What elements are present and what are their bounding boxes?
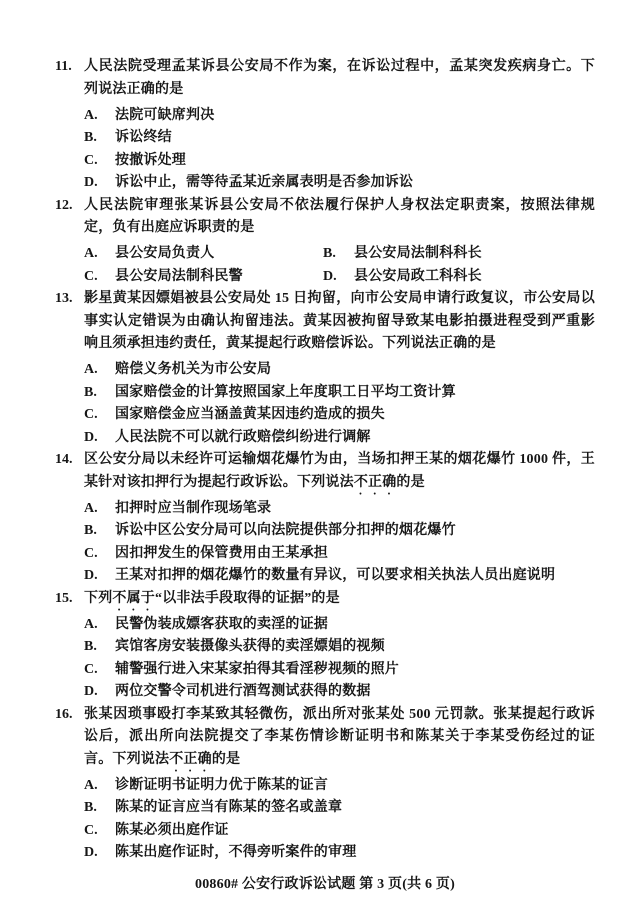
- option-label: B.: [323, 243, 354, 266]
- option-label: D.: [84, 427, 115, 450]
- option-text: 陈某出庭作证时，不得旁听案件的审理: [115, 842, 595, 865]
- question-11: 11. 人民法院受理孟某诉县公安局不作为案，在诉讼过程中，孟某突发疾病身亡。下列…: [55, 56, 595, 195]
- option-text: 民警伪装成嫖客获取的卖淫的证据: [115, 614, 595, 637]
- question-number: 12.: [55, 195, 84, 218]
- option-label: D.: [84, 681, 115, 704]
- option-label: B.: [84, 797, 115, 820]
- option-row: A.民警伪装成嫖客获取的卖淫的证据: [84, 614, 595, 637]
- page-footer: 00860# 公安行政诉讼试题 第 3 页(共 6 页): [55, 874, 595, 897]
- option-text: 县公安局法制科民警: [115, 266, 323, 289]
- option-row: C.因扣押发生的保管费用由王某承担: [84, 543, 595, 566]
- option-text: 按撤诉处理: [115, 150, 595, 173]
- option-text: 因扣押发生的保管费用由王某承担: [115, 543, 595, 566]
- option-label: C.: [84, 543, 115, 566]
- question-body: 下列不属于“以非法手段取得的证据”的是 A.民警伪装成嫖客获取的卖淫的证据 B.…: [84, 588, 595, 704]
- options-list: A.县公安局负责人 B.县公安局法制科科长 C.县公安局法制科民警 D.县公安局…: [84, 243, 595, 288]
- stem-text: 的是: [212, 752, 240, 767]
- option-text: 辅警强行进入宋某家拍得其看淫秽视频的照片: [115, 659, 595, 682]
- option-text: 人民法院不可以就行政赔偿纠纷进行调解: [115, 427, 595, 450]
- stem-text: 影星黄某因嫖娼被县公安局处 15 日拘留，向市公安局申请行政复议，市公安局以事实…: [84, 291, 595, 351]
- question-number: 13.: [55, 288, 84, 311]
- option-row: D.县公安局政工科科长: [323, 266, 595, 289]
- option-label: A.: [84, 614, 115, 637]
- option-text: 陈某的证言应当有陈某的签名或盖章: [115, 797, 595, 820]
- question-stem: 影星黄某因嫖娼被县公安局处 15 日拘留，向市公安局申请行政复议，市公安局以事实…: [84, 288, 595, 359]
- option-row: B.县公安局法制科科长: [323, 243, 595, 266]
- option-row: B.国家赔偿金的计算按照国家上年度职工日平均工资计算: [84, 382, 595, 405]
- option-text: 诉讼中止，需等待孟某近亲属表明是否参加诉讼: [115, 172, 595, 195]
- stem-text: 下列: [84, 591, 112, 606]
- option-label: D.: [84, 172, 115, 195]
- option-row: B.诉讼终结: [84, 127, 595, 150]
- stem-emphasized-text: 不属于: [112, 591, 155, 606]
- question-stem: 下列不属于“以非法手段取得的证据”的是: [84, 588, 595, 614]
- option-row: A.赔偿义务机关为市公安局: [84, 359, 595, 382]
- option-label: C.: [84, 266, 115, 289]
- option-text: 县公安局负责人: [115, 243, 323, 266]
- option-row: C.县公安局法制科民警: [84, 266, 323, 289]
- question-number: 14.: [55, 449, 84, 472]
- option-row: D.王某对扣押的烟花爆竹的数量有异议，可以要求相关执法人员出庭说明: [84, 565, 595, 588]
- stem-text: “以非法手段取得的证据”的是: [155, 591, 340, 606]
- option-text: 王某对扣押的烟花爆竹的数量有异议，可以要求相关执法人员出庭说明: [115, 565, 595, 588]
- option-label: A.: [84, 498, 115, 521]
- option-text: 县公安局政工科科长: [354, 266, 595, 289]
- option-text: 诉讼中区公安分局可以向法院提供部分扣押的烟花爆竹: [115, 520, 595, 543]
- stem-emphasized-text: 不正确: [169, 752, 212, 767]
- option-row: B.陈某的证言应当有陈某的签名或盖章: [84, 797, 595, 820]
- question-number: 11.: [55, 56, 84, 79]
- option-text: 县公安局法制科科长: [354, 243, 595, 266]
- question-14: 14. 区公安分局以未经许可运输烟花爆竹为由，当场扣押王某的烟花爆竹 1000 …: [55, 449, 595, 588]
- option-text: 陈某必须出庭作证: [115, 820, 595, 843]
- question-16: 16. 张某因琐事殴打李某致其轻微伤，派出所对张某处 500 元罚款。张某提起行…: [55, 704, 595, 865]
- option-label: B.: [84, 127, 115, 150]
- question-stem: 人民法院审理张某诉县公安局不依法履行保护人身权法定职责案，按照法律规定，负有出庭…: [84, 195, 595, 244]
- option-label: A.: [84, 243, 115, 266]
- option-row: C.国家赔偿金应当涵盖黄某因违约造成的损失: [84, 404, 595, 427]
- option-row: A.诊断证明书证明力优于陈某的证言: [84, 775, 595, 798]
- question-number: 15.: [55, 588, 84, 611]
- stem-text: 区公安分局以未经许可运输烟花爆竹为由，当场扣押王某的烟花爆竹 1000 件，王某…: [84, 452, 595, 490]
- option-row: A.扣押时应当制作现场笔录: [84, 498, 595, 521]
- option-label: C.: [84, 659, 115, 682]
- option-label: A.: [84, 359, 115, 382]
- question-body: 张某因琐事殴打李某致其轻微伤，派出所对张某处 500 元罚款。张某提起行政诉讼后…: [84, 704, 595, 865]
- option-text: 宾馆客房安装摄像头获得的卖淫嫖娼的视频: [115, 636, 595, 659]
- options-list: A.法院可缺席判决 B.诉讼终结 C.按撤诉处理 D.诉讼中止，需等待孟某近亲属…: [84, 105, 595, 195]
- option-label: B.: [84, 382, 115, 405]
- question-15: 15. 下列不属于“以非法手段取得的证据”的是 A.民警伪装成嫖客获取的卖淫的证…: [55, 588, 595, 704]
- option-row: B.诉讼中区公安分局可以向法院提供部分扣押的烟花爆竹: [84, 520, 595, 543]
- option-label: B.: [84, 520, 115, 543]
- option-label: D.: [323, 266, 354, 289]
- stem-text: 的是: [396, 475, 424, 490]
- question-stem: 区公安分局以未经许可运输烟花爆竹为由，当场扣押王某的烟花爆竹 1000 件，王某…: [84, 449, 595, 498]
- option-row: B.宾馆客房安装摄像头获得的卖淫嫖娼的视频: [84, 636, 595, 659]
- option-text: 国家赔偿金的计算按照国家上年度职工日平均工资计算: [115, 382, 595, 405]
- option-label: C.: [84, 404, 115, 427]
- option-text: 两位交警令司机进行酒驾测试获得的数据: [115, 681, 595, 704]
- question-12: 12. 人民法院审理张某诉县公安局不依法履行保护人身权法定职责案，按照法律规定，…: [55, 195, 595, 289]
- option-text: 法院可缺席判决: [115, 105, 595, 128]
- exam-page: 11. 人民法院受理孟某诉县公安局不作为案，在诉讼过程中，孟某突发疾病身亡。下列…: [0, 0, 640, 918]
- stem-text: 张某因琐事殴打李某致其轻微伤，派出所对张某处 500 元罚款。张某提起行政诉讼后…: [84, 707, 595, 767]
- stem-emphasized-text: 不正确: [354, 475, 397, 490]
- option-label: C.: [84, 820, 115, 843]
- option-label: A.: [84, 105, 115, 128]
- stem-text: 人民法院受理孟某诉县公安局不作为案，在诉讼过程中，孟某突发疾病身亡。下列说法正确…: [84, 59, 595, 97]
- option-row: D.陈某出庭作证时，不得旁听案件的审理: [84, 842, 595, 865]
- question-number: 16.: [55, 704, 84, 727]
- options-list: A.赔偿义务机关为市公安局 B.国家赔偿金的计算按照国家上年度职工日平均工资计算…: [84, 359, 595, 449]
- option-row: C.辅警强行进入宋某家拍得其看淫秽视频的照片: [84, 659, 595, 682]
- question-body: 人民法院受理孟某诉县公安局不作为案，在诉讼过程中，孟某突发疾病身亡。下列说法正确…: [84, 56, 595, 195]
- option-text: 诊断证明书证明力优于陈某的证言: [115, 775, 595, 798]
- stem-text: 人民法院审理张某诉县公安局不依法履行保护人身权法定职责案，按照法律规定，负有出庭…: [84, 198, 595, 236]
- options-list: A.民警伪装成嫖客获取的卖淫的证据 B.宾馆客房安装摄像头获得的卖淫嫖娼的视频 …: [84, 614, 595, 704]
- question-body: 影星黄某因嫖娼被县公安局处 15 日拘留，向市公安局申请行政复议，市公安局以事实…: [84, 288, 595, 449]
- question-body: 区公安分局以未经许可运输烟花爆竹为由，当场扣押王某的烟花爆竹 1000 件，王某…: [84, 449, 595, 588]
- option-label: C.: [84, 150, 115, 173]
- option-row: C.按撤诉处理: [84, 150, 595, 173]
- question-body: 人民法院审理张某诉县公安局不依法履行保护人身权法定职责案，按照法律规定，负有出庭…: [84, 195, 595, 289]
- question-13: 13. 影星黄某因嫖娼被县公安局处 15 日拘留，向市公安局申请行政复议，市公安…: [55, 288, 595, 449]
- option-label: D.: [84, 842, 115, 865]
- option-row: D.人民法院不可以就行政赔偿纠纷进行调解: [84, 427, 595, 450]
- option-row: A.法院可缺席判决: [84, 105, 595, 128]
- option-text: 扣押时应当制作现场笔录: [115, 498, 595, 521]
- options-list: A.扣押时应当制作现场笔录 B.诉讼中区公安分局可以向法院提供部分扣押的烟花爆竹…: [84, 498, 595, 588]
- question-stem: 张某因琐事殴打李某致其轻微伤，派出所对张某处 500 元罚款。张某提起行政诉讼后…: [84, 704, 595, 775]
- option-label: B.: [84, 636, 115, 659]
- option-row: D.两位交警令司机进行酒驾测试获得的数据: [84, 681, 595, 704]
- option-text: 国家赔偿金应当涵盖黄某因违约造成的损失: [115, 404, 595, 427]
- option-row: A.县公安局负责人: [84, 243, 323, 266]
- question-stem: 人民法院受理孟某诉县公安局不作为案，在诉讼过程中，孟某突发疾病身亡。下列说法正确…: [84, 56, 595, 105]
- option-row: D.诉讼中止，需等待孟某近亲属表明是否参加诉讼: [84, 172, 595, 195]
- option-text: 诉讼终结: [115, 127, 595, 150]
- option-text: 赔偿义务机关为市公安局: [115, 359, 595, 382]
- options-list: A.诊断证明书证明力优于陈某的证言 B.陈某的证言应当有陈某的签名或盖章 C.陈…: [84, 775, 595, 865]
- option-label: D.: [84, 565, 115, 588]
- option-row: C.陈某必须出庭作证: [84, 820, 595, 843]
- option-label: A.: [84, 775, 115, 798]
